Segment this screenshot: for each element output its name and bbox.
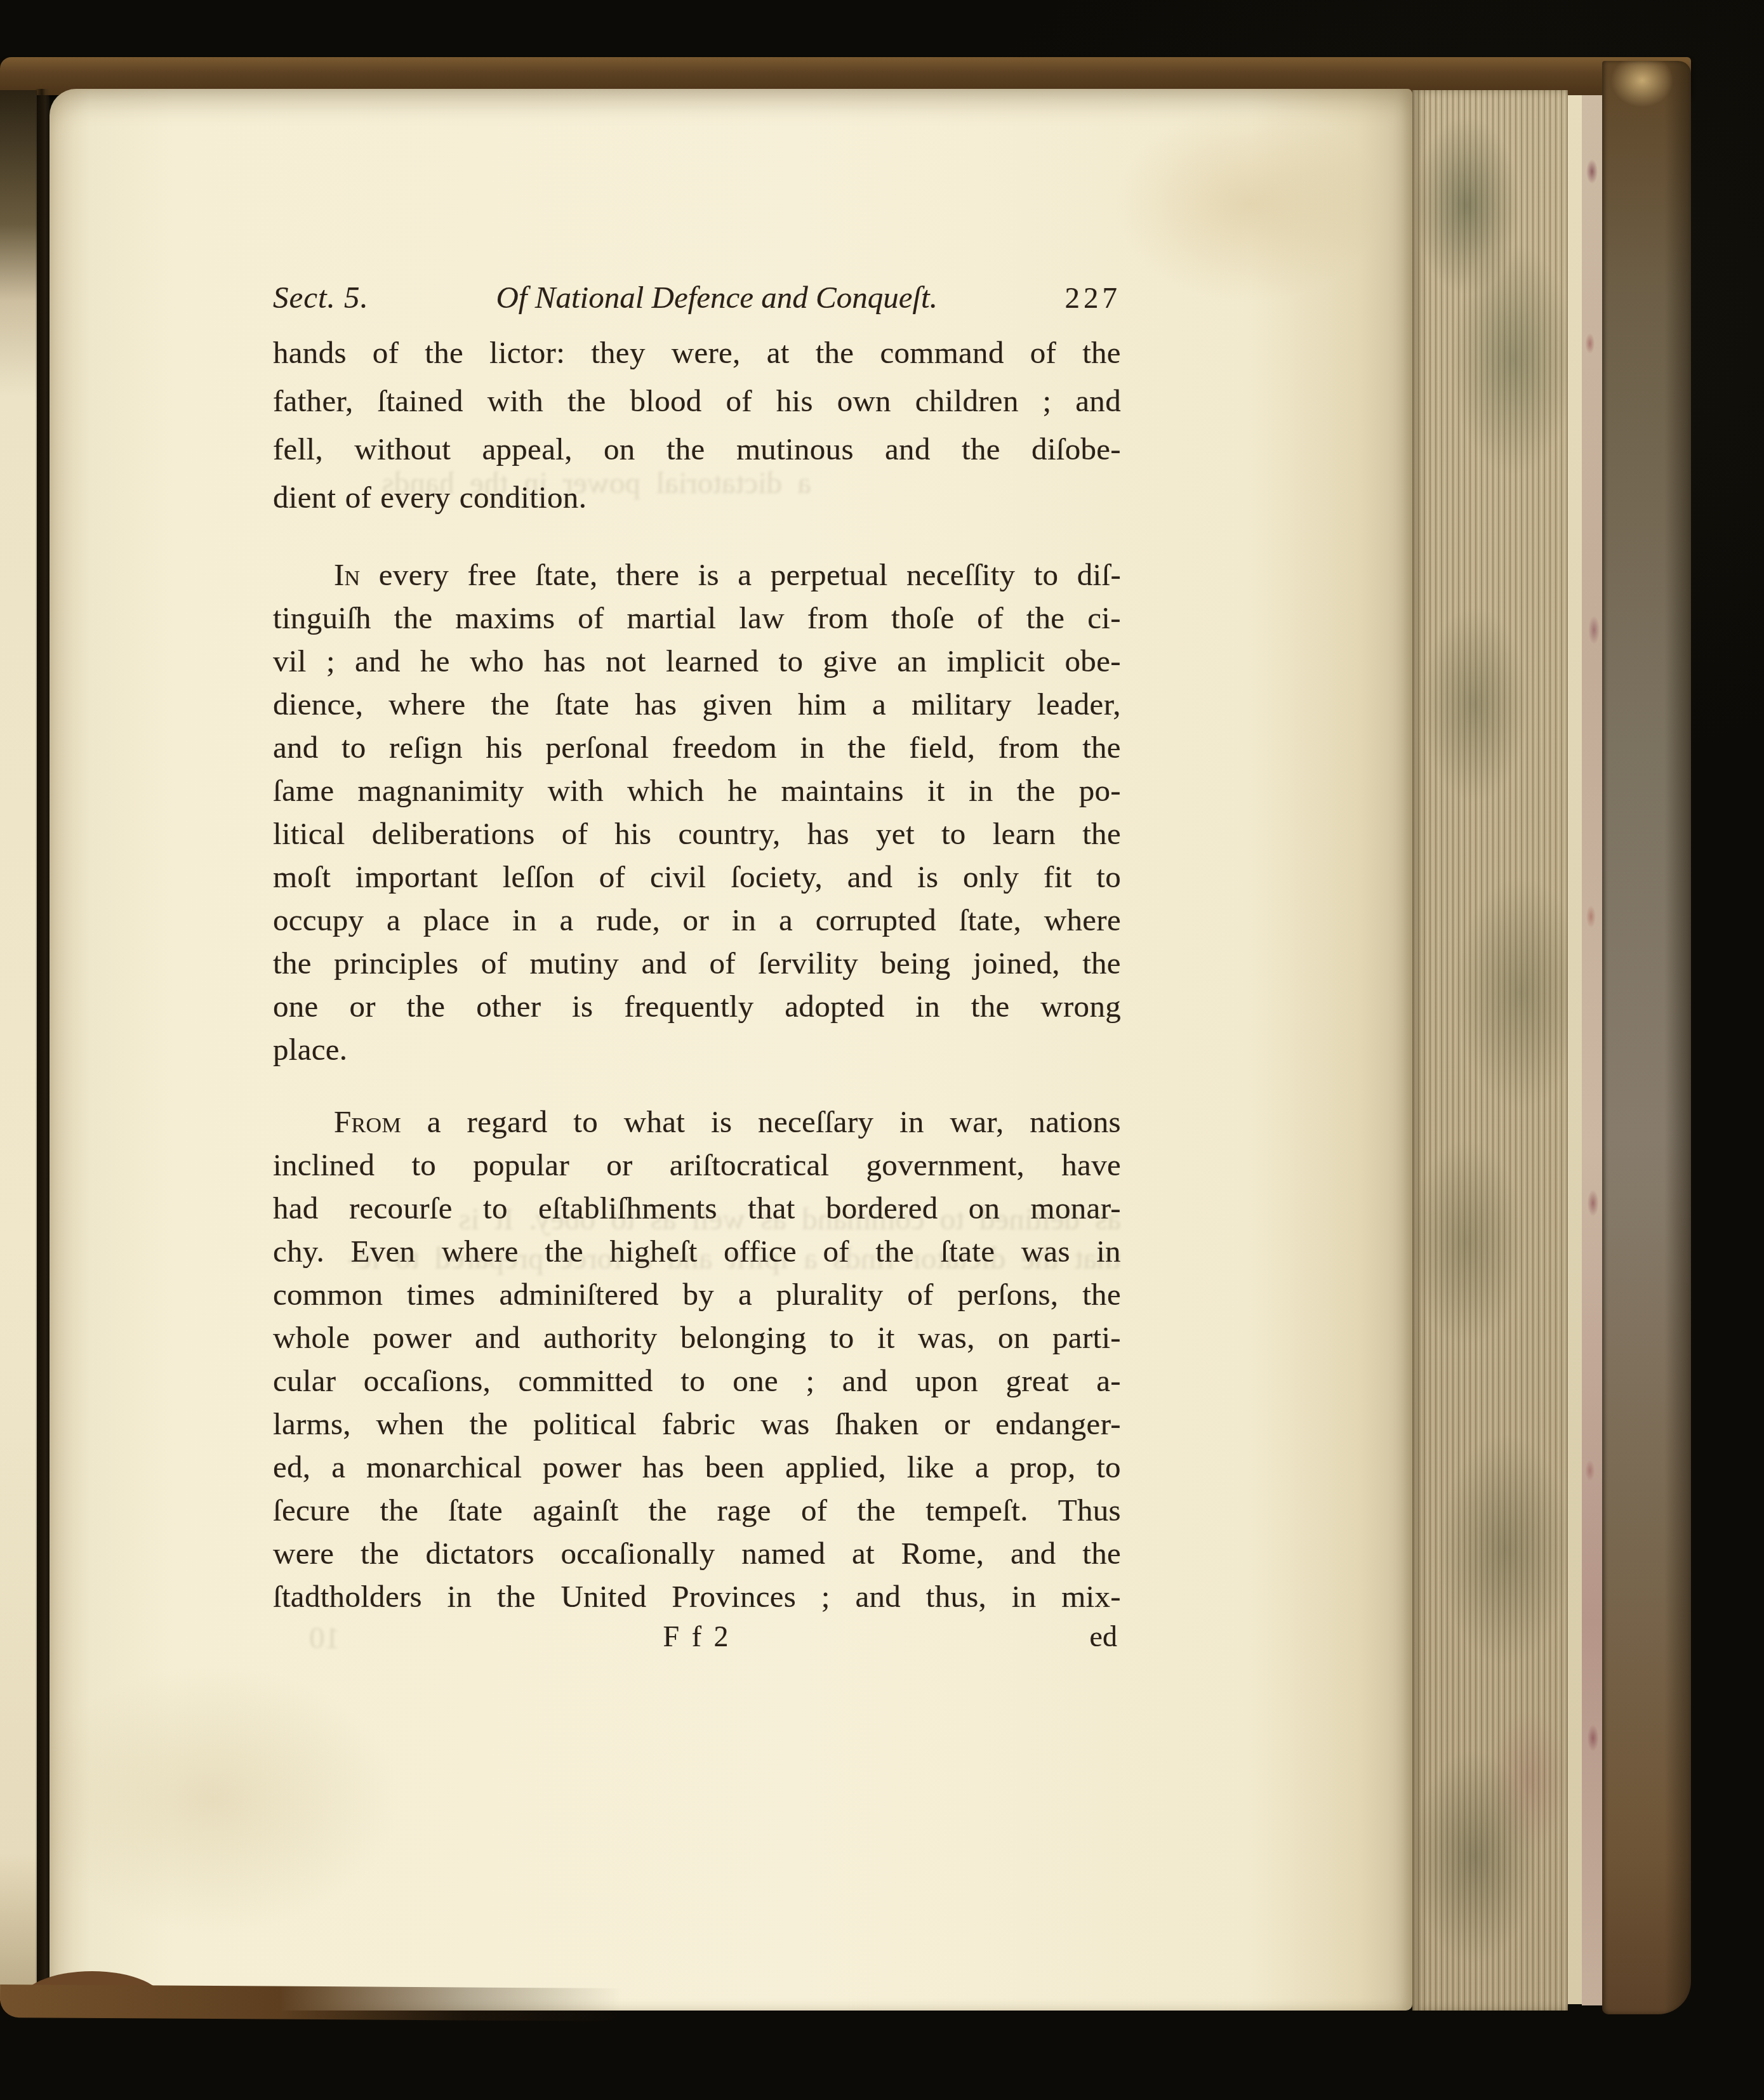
text-line: ſamemagnanimitywithwhichhemaintainsitint… (273, 772, 1121, 816)
text-line: ed,amonarchicalpowerhasbeenapplied,likea… (273, 1449, 1121, 1492)
paragraph: handsofthelictor:theywere,atthecommandof… (273, 334, 1121, 527)
text-line: liticaldeliberationsofhiscountry,hasyett… (273, 816, 1121, 859)
gutter-shadow (36, 89, 50, 2011)
text-line: vil;andhewhohasnotlearnedtogiveanimplici… (273, 643, 1121, 686)
text-line: handsofthelictor:theywere,atthecommandof… (273, 334, 1121, 383)
text-line: tinguiſhthemaximsofmartiallawfromthoſeof… (273, 600, 1121, 643)
text-line: dience,wheretheſtatehasgivenhimamilitary… (273, 686, 1121, 729)
paragraph: Ineveryfreeſtate,thereisaperpetualneceſſ… (273, 557, 1121, 1074)
text-line: hadrecourſetoeſtabliſhmentsthatborderedo… (273, 1190, 1121, 1233)
text-line: moſtimportantleſſonofcivilſociety,andiso… (273, 859, 1121, 902)
text-line: werethedictatorsoccaſionallynamedatRome,… (273, 1535, 1121, 1578)
book-cover-bottom-edge (0, 1984, 622, 2021)
book-page: Sect. 5. Of National Defence and Conqueſ… (50, 89, 1412, 2011)
running-title: Of National Defence and Conqueſt. (496, 279, 937, 315)
text-line: father,ſtainedwiththebloodofhisownchildr… (273, 383, 1121, 431)
text-line: ſtadtholdersintheUnitedProvinces;andthus… (273, 1578, 1121, 1621)
book-cover-right (1602, 61, 1691, 2014)
text-line: Fromaregardtowhatisneceſſaryinwar,nation… (273, 1104, 1121, 1147)
catchword: ed (1090, 1620, 1117, 1653)
photograph-of-open-book: Sect. 5. Of National Defence and Conqueſ… (0, 0, 1764, 2100)
section-label: Sect. 5. (273, 279, 369, 315)
text-line: inclinedtopopularorariſtocraticalgovernm… (273, 1147, 1121, 1190)
signature-mark: F f 2 (273, 1620, 1121, 1653)
text-line: Ineveryfreeſtate,thereisaperpetualneceſſ… (273, 557, 1121, 600)
endpaper-sliver (1568, 95, 1582, 2004)
text-line: wholepowerandauthoritybelongingtoitwas,o… (273, 1319, 1121, 1363)
fore-edge-page-block (1412, 90, 1568, 2011)
page-header: Sect. 5. Of National Defence and Conqueſ… (273, 279, 1121, 315)
facing-page-sliver (0, 90, 37, 2007)
text-line: chy.Evenwherethehigheſtofficeoftheſtatew… (273, 1233, 1121, 1276)
text-line: fell,withoutappeal,onthemutinousandthedi… (273, 431, 1121, 479)
text-line: ſecuretheſtateagainſttherageofthetempeſt… (273, 1492, 1121, 1535)
text-line: larms,whenthepoliticalfabricwasſhakenore… (273, 1406, 1121, 1449)
marbled-endpaper-strip (1582, 95, 1602, 2005)
paragraph: Fromaregardtowhatisneceſſaryinwar,nation… (273, 1104, 1121, 1621)
text-line: theprinciplesofmutinyandofſervilitybeing… (273, 945, 1121, 988)
page-number: 227 (1065, 281, 1122, 315)
page-footer: F f 2 ed (273, 1620, 1121, 1664)
text-line: cularoccaſions,committedtoone;andupongre… (273, 1363, 1121, 1406)
text-line: oneortheotherisfrequentlyadoptedinthewro… (273, 988, 1121, 1031)
text-line: andtoreſignhisperſonalfreedominthefield,… (273, 729, 1121, 772)
text-line: place. (273, 1031, 1121, 1074)
text-line: commontimesadminiſteredbyapluralityofper… (273, 1276, 1121, 1319)
text-line: dientofeverycondition. (273, 479, 1121, 527)
body-text: handsofthelictor:theywere,atthecommandof… (273, 334, 1121, 1621)
text-line: occupyaplaceinarude,orinacorruptedſtate,… (273, 902, 1121, 945)
